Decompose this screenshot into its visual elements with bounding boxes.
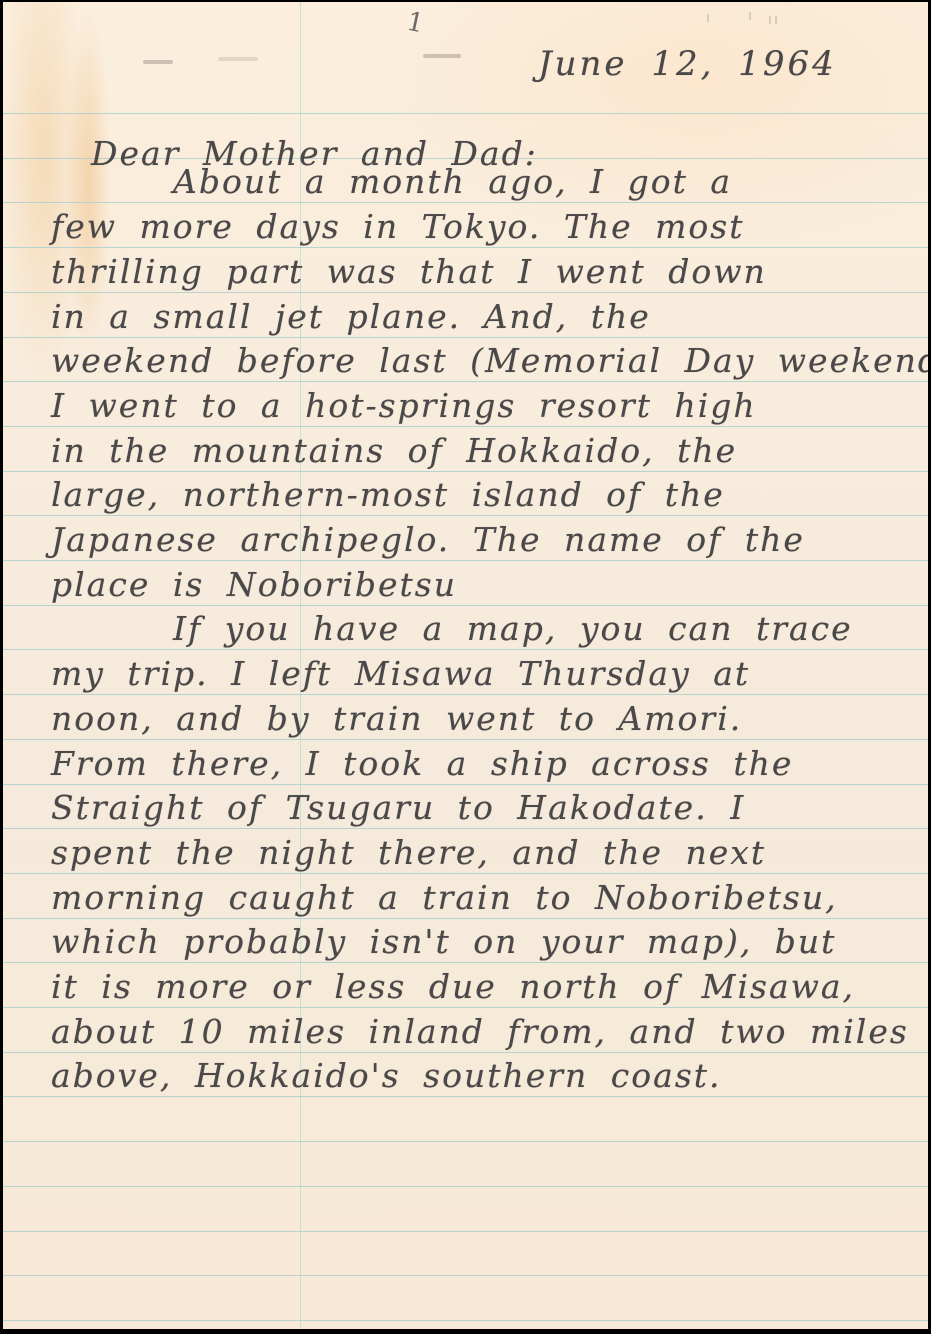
paper-smudge: [218, 57, 258, 61]
ruled-line: [3, 694, 928, 695]
letter-line: about 10 miles inland from, and two mile…: [51, 1012, 909, 1051]
ruled-line: [3, 1007, 928, 1008]
letter-line: my trip. I left Misawa Thursday at: [51, 654, 750, 693]
ruled-line: [3, 1275, 928, 1276]
letter-line: If you have a map, you can trace: [173, 609, 853, 648]
paper-smudge: [423, 54, 461, 58]
lined-paper-page: 1 June 12, 1964 Dear Mother and Dad: Abo…: [3, 2, 928, 1329]
letter-line: place is Noboribetsu: [51, 565, 457, 604]
ruled-line: [3, 962, 928, 963]
letter-line: morning caught a train to Noboribetsu,: [51, 878, 838, 917]
letter-date: June 12, 1964: [538, 44, 837, 84]
ruled-line: [3, 918, 928, 919]
faint-pencil-annotation: [703, 10, 783, 28]
letter-line: thrilling part was that I went down: [51, 252, 767, 291]
ruled-line: [3, 1096, 928, 1097]
ruled-line: [3, 202, 928, 203]
letter-line: above, Hokkaido's southern coast.: [51, 1056, 722, 1095]
paper-smudge: [143, 60, 173, 64]
ruled-line: [3, 1141, 928, 1142]
letter-line: which probably isn't on your map), but: [51, 922, 836, 961]
letter-line: in a small jet plane. And, the: [51, 297, 651, 336]
letter-line: large, northern-most island of the: [51, 475, 725, 514]
letter-line: noon, and by train went to Amori.: [51, 699, 742, 738]
ruled-line: [3, 247, 928, 248]
letter-line: From there, I took a ship across the: [51, 744, 793, 783]
ruled-line: [3, 1186, 928, 1187]
letter-line: it is more or less due north of Misawa,: [51, 967, 855, 1006]
ruled-line: [3, 1320, 928, 1321]
letter-line: in the mountains of Hokkaido, the: [51, 431, 737, 470]
page-number: 1: [404, 7, 426, 40]
letter-line: spent the night there, and the next: [51, 833, 766, 872]
ruled-line: [3, 113, 928, 114]
ruled-line: [3, 605, 928, 606]
ruled-line: [3, 471, 928, 472]
ruled-line: [3, 560, 928, 561]
ruled-line: [3, 1231, 928, 1232]
letter-line: I went to a hot-springs resort high: [51, 386, 757, 425]
ruled-line: [3, 292, 928, 293]
ruled-line: [3, 1052, 928, 1053]
letter-line: Straight of Tsugaru to Hakodate. I: [51, 788, 745, 827]
ruled-line: [3, 337, 928, 338]
letter-line: weekend before last (Memorial Day weeken…: [51, 341, 928, 380]
letter-line: About a month ago, I got a: [173, 162, 732, 201]
ruled-line: [3, 739, 928, 740]
ruled-line: [3, 784, 928, 785]
ruled-line: [3, 515, 928, 516]
letter-line: Japanese archipeglo. The name of the: [51, 520, 805, 559]
ruled-line: [3, 873, 928, 874]
ruled-line: [3, 828, 928, 829]
letter-line: few more days in Tokyo. The most: [51, 207, 744, 246]
ruled-line: [3, 426, 928, 427]
ruled-line: [3, 649, 928, 650]
ruled-line: [3, 381, 928, 382]
